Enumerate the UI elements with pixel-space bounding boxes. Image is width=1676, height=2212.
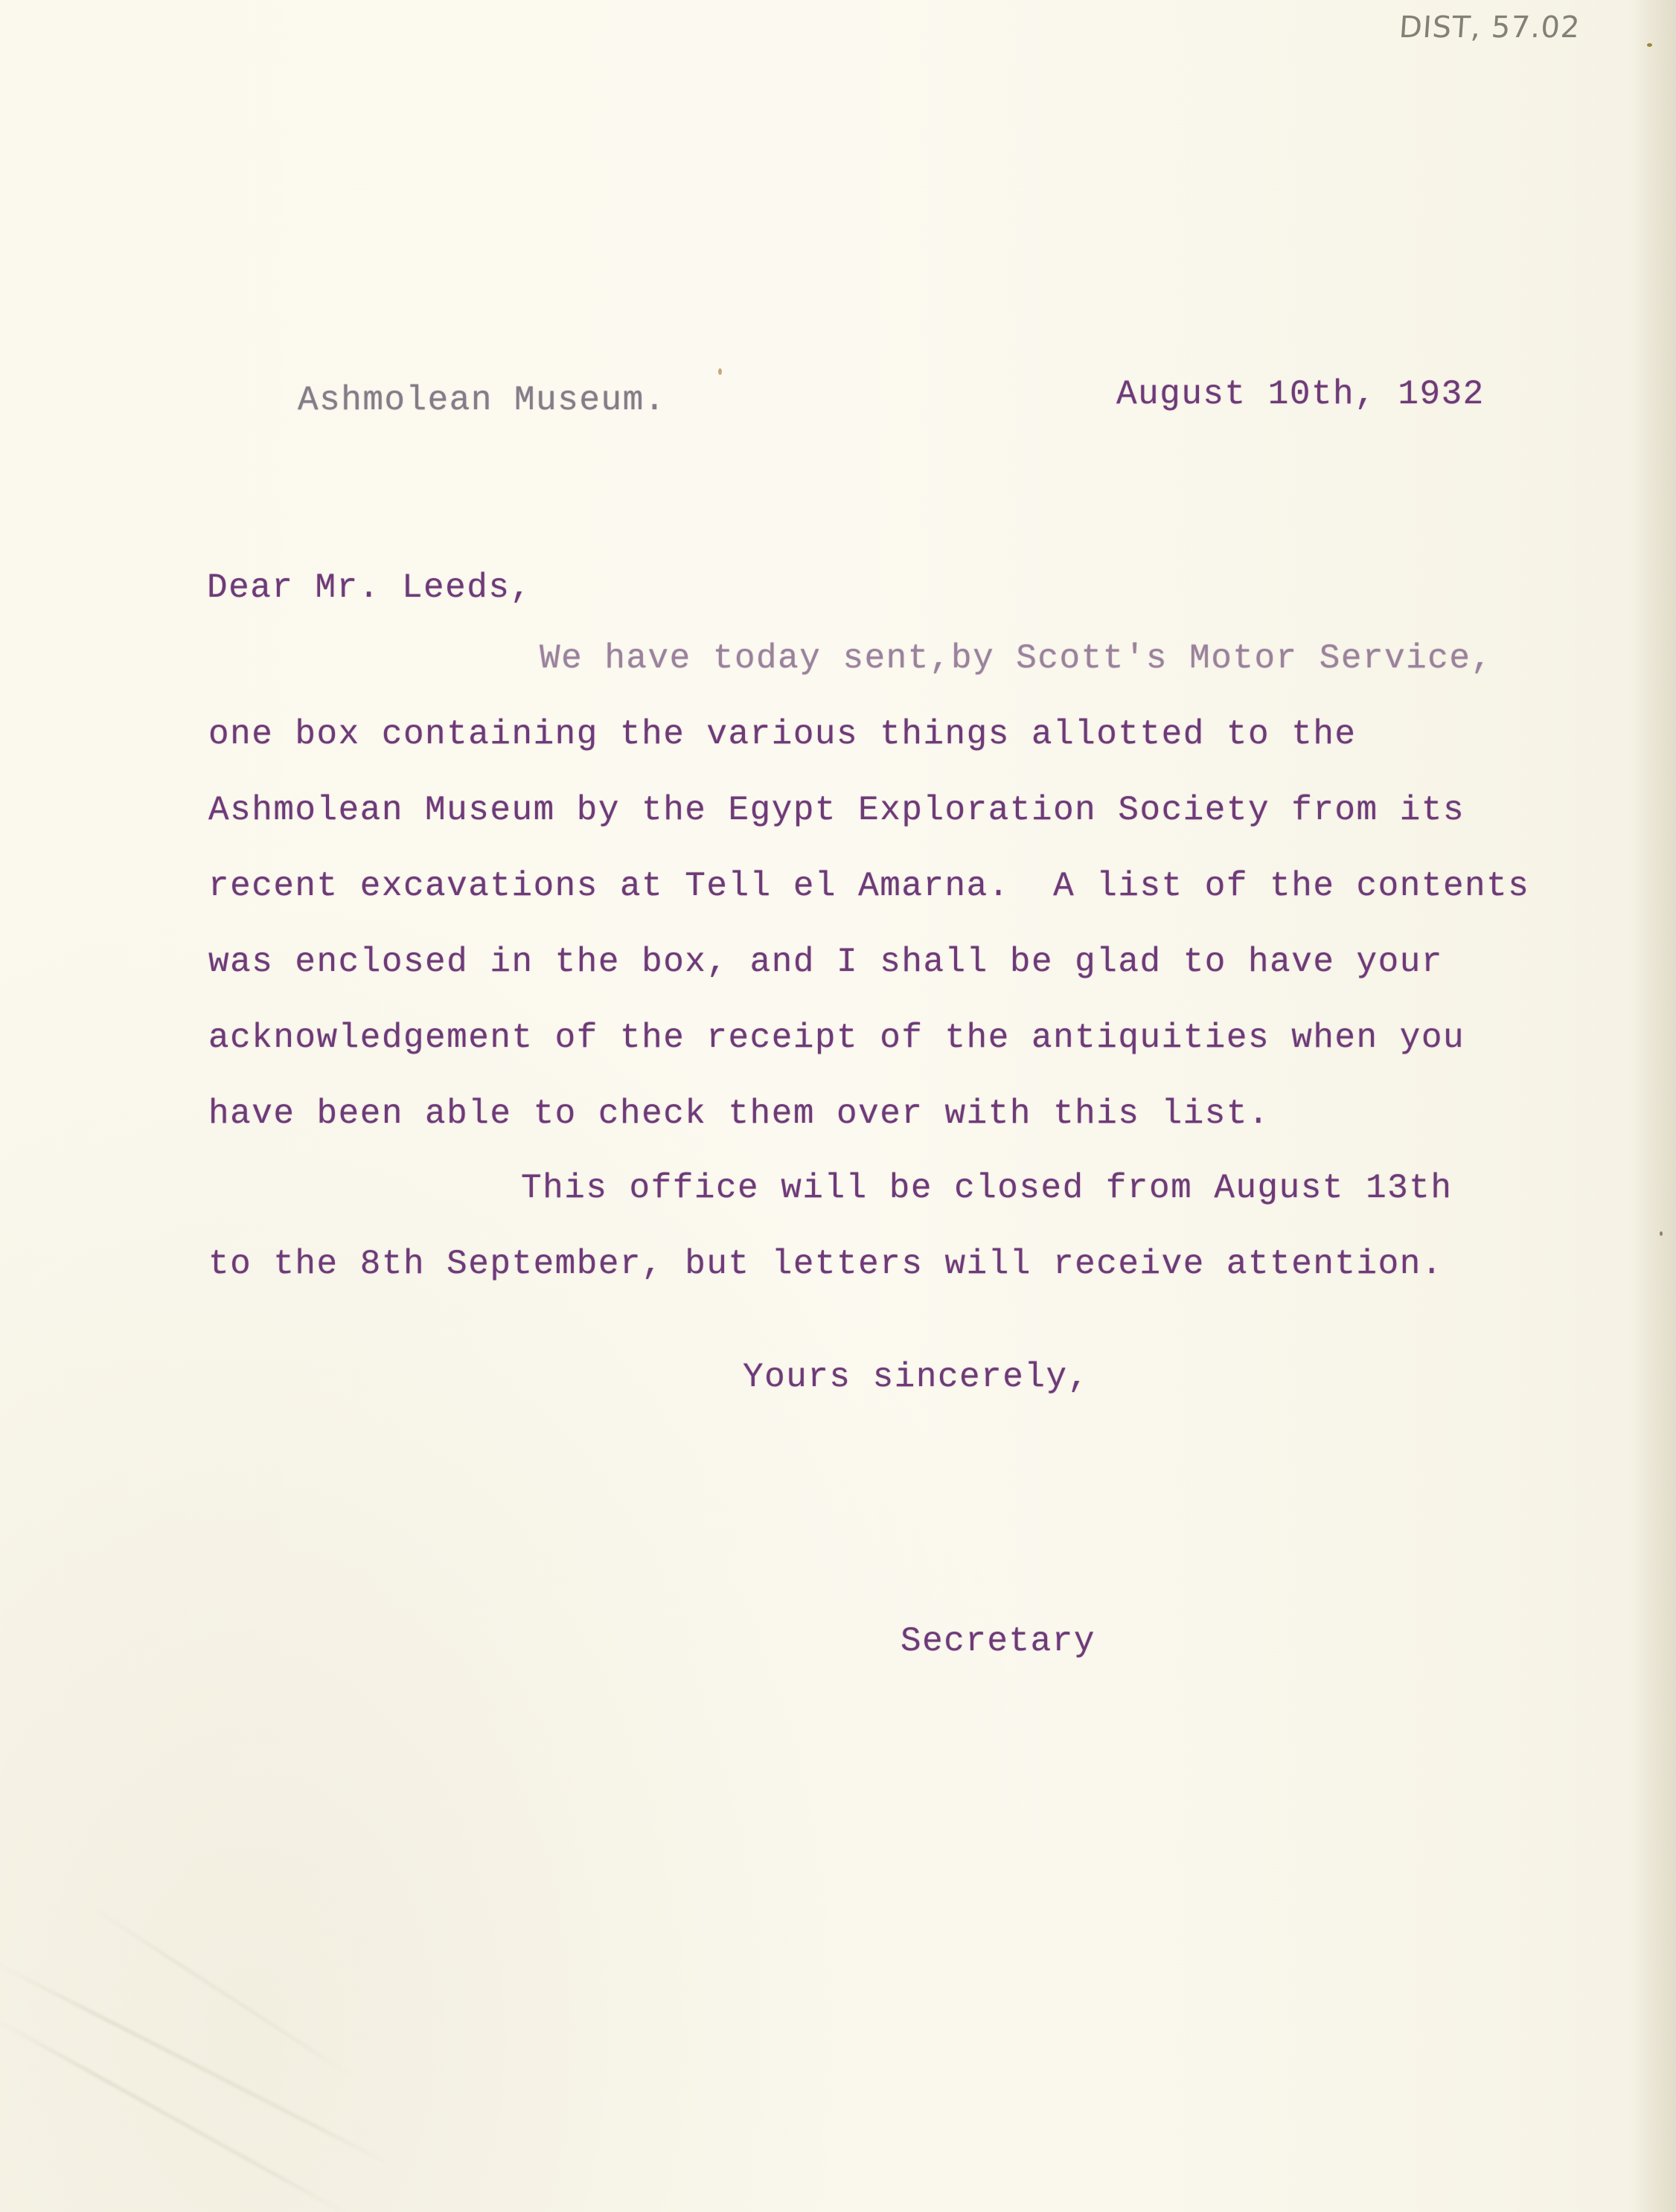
body-line: to the 8th September, but letters will r…	[208, 1247, 1443, 1281]
paper-crease	[0, 1957, 397, 2168]
letter-page: DIST, 57.02 Ashmolean Museum. August 10t…	[0, 0, 1676, 2212]
body-line: Ashmolean Museum by the Egypt Exploratio…	[208, 793, 1465, 827]
body-line: one box containing the various things al…	[208, 717, 1357, 751]
paper-speck	[1647, 43, 1652, 47]
body-line: have been able to check them over with t…	[208, 1097, 1270, 1131]
body-line: This office will be closed from August 1…	[521, 1171, 1453, 1205]
closing: Yours sincerely,	[743, 1360, 1090, 1394]
paper-speck	[1660, 1231, 1663, 1236]
body-line: We have today sent,by Scott's Motor Serv…	[540, 641, 1493, 676]
body-line: acknowledgement of the receipt of the an…	[208, 1021, 1465, 1055]
salutation: Dear Mr. Leeds,	[207, 571, 532, 605]
letter-date: August 10th, 1932	[1116, 377, 1485, 411]
signature-title: Secretary	[901, 1624, 1096, 1658]
paper-crease	[89, 1905, 352, 2077]
sender-address: Ashmolean Museum.	[298, 383, 666, 417]
accession-number-note: DIST, 57.02	[1398, 10, 1581, 45]
body-line: recent excavations at Tell el Amarna. A …	[208, 869, 1529, 903]
page-edge-shadow	[1631, 0, 1676, 2212]
paper-speck	[718, 368, 722, 375]
body-line: was enclosed in the box, and I shall be …	[208, 945, 1443, 979]
